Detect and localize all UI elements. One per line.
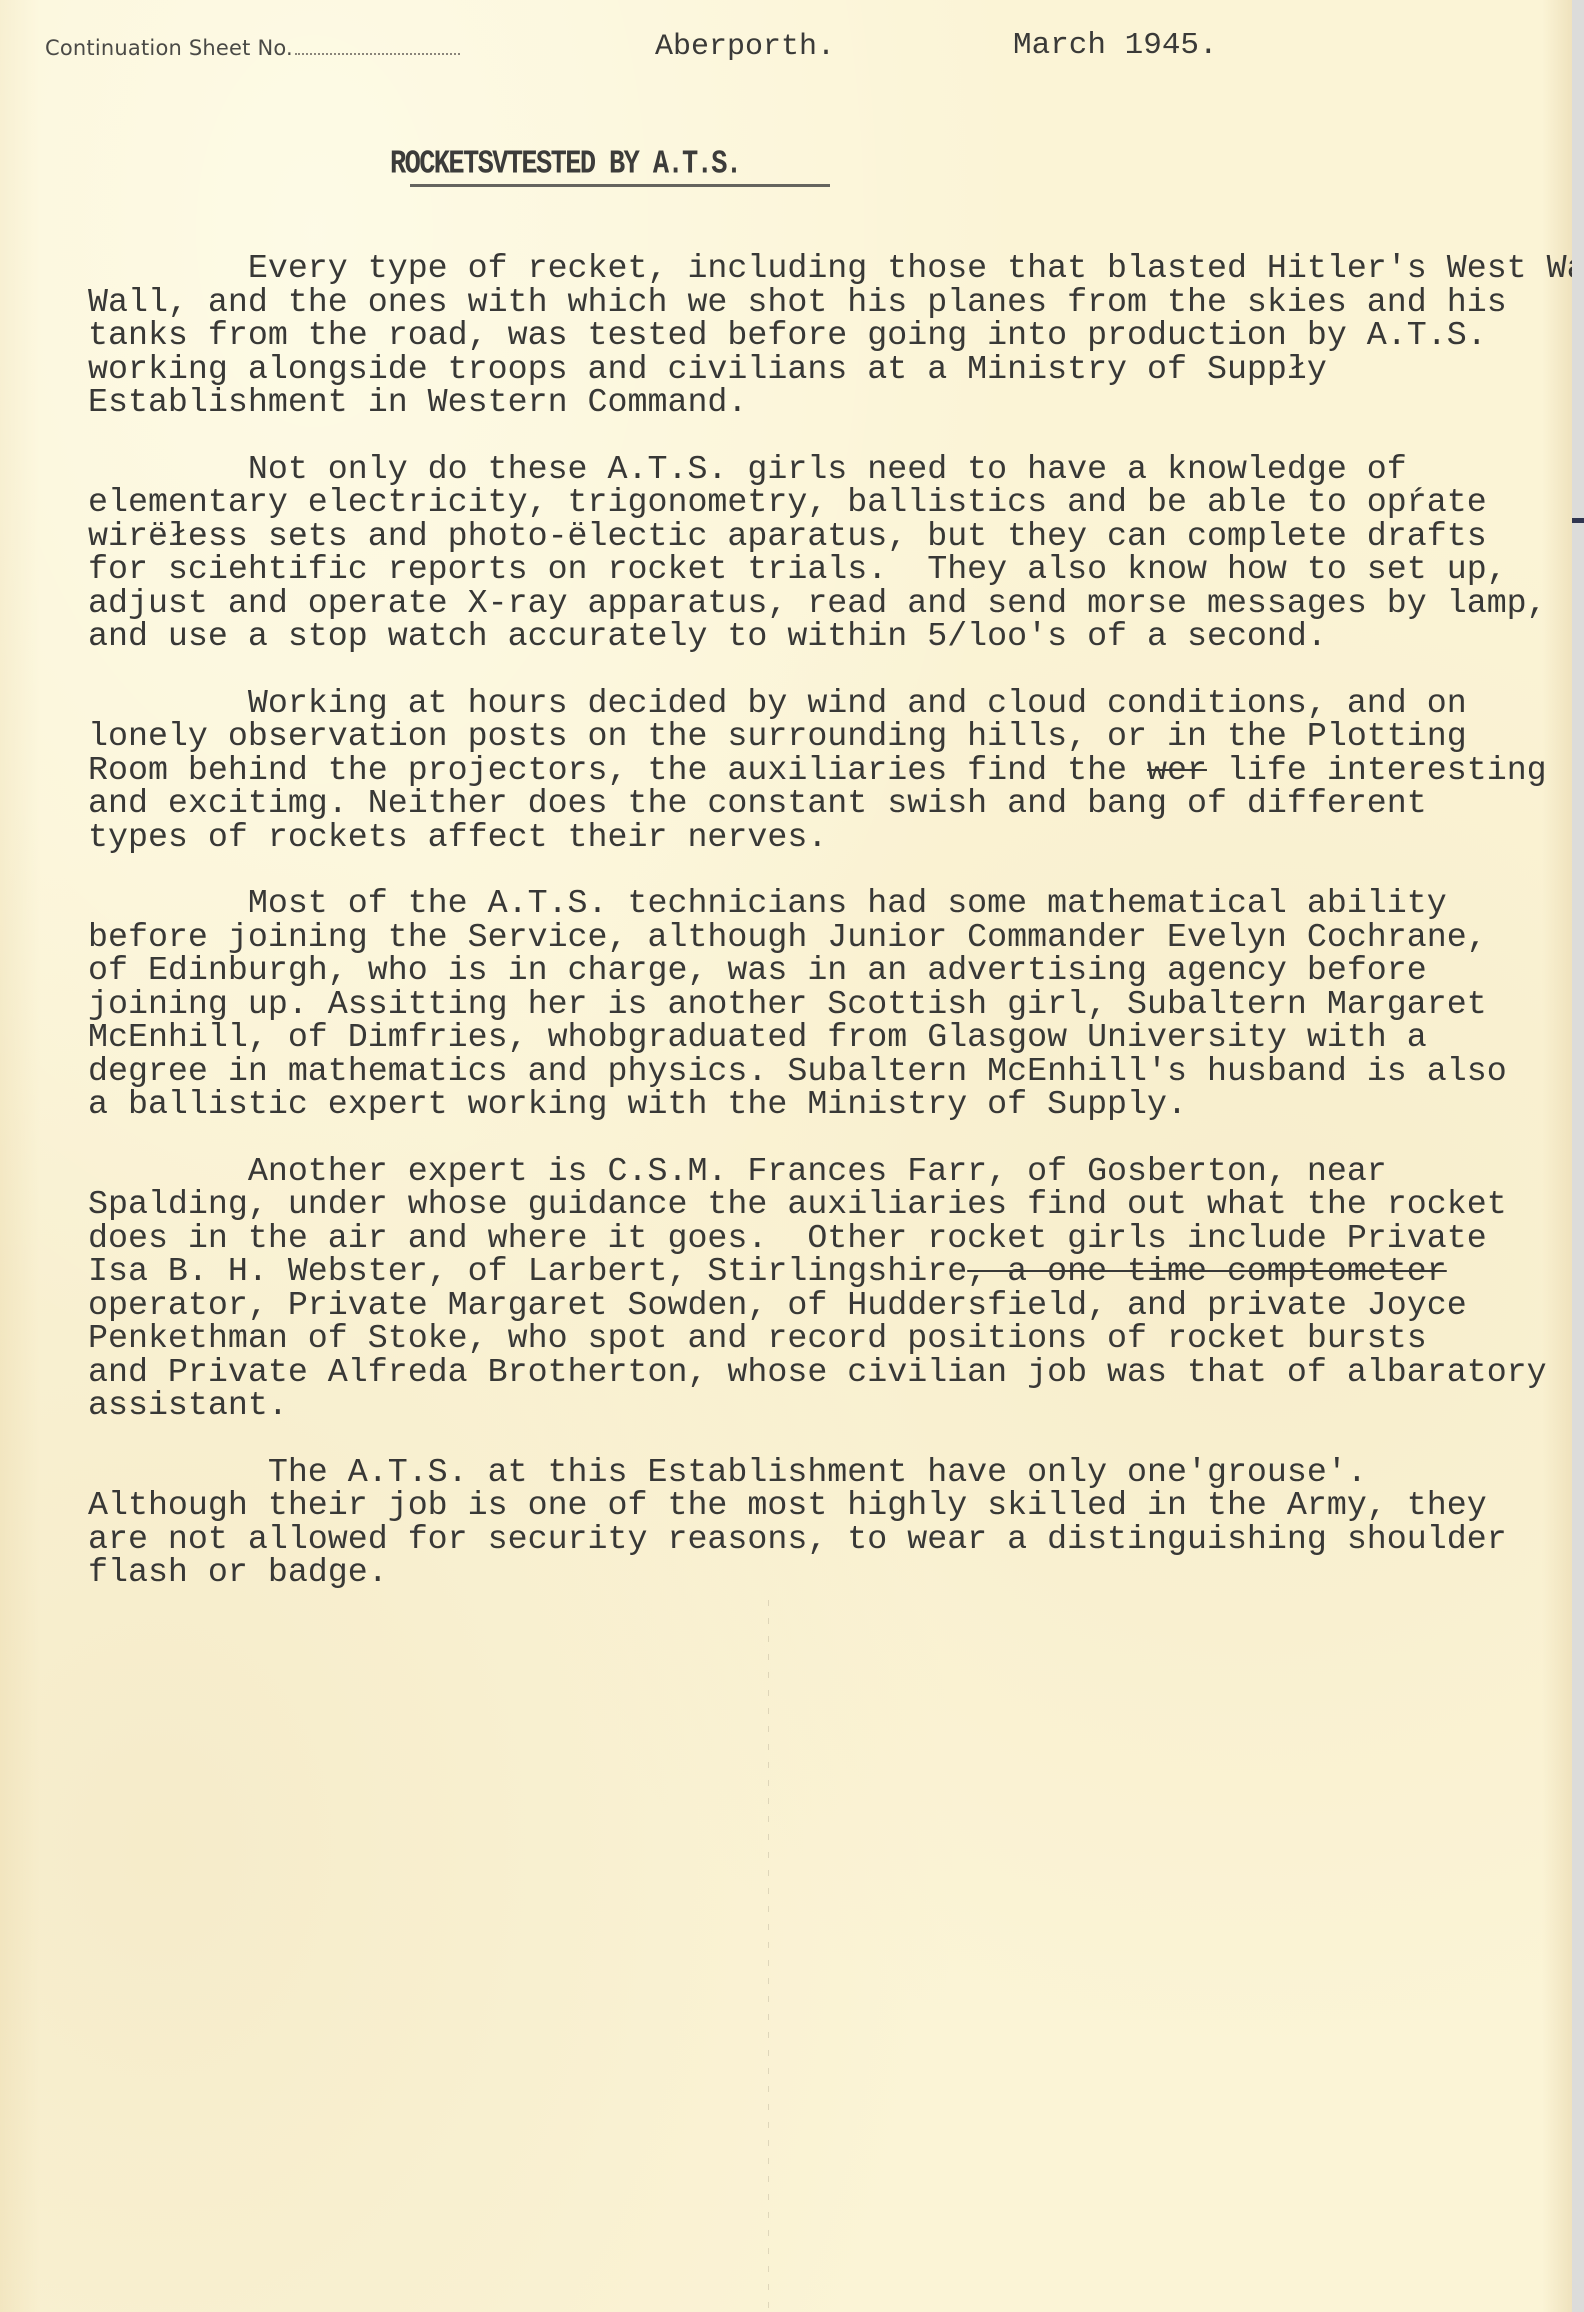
text-line: working alongside troops and civilians a…: [88, 353, 1572, 387]
text-line: lonely observation posts on the surround…: [88, 720, 1572, 754]
text-line: Most of the A.T.S. technicians had some …: [88, 887, 1572, 921]
text-line: operator, Private Margaret Sowden, of Hu…: [88, 1289, 1572, 1323]
document-title: ROCKETSVTESTED BY A.T.S.: [390, 146, 740, 184]
text-line: Working at hours decided by wind and clo…: [88, 687, 1572, 721]
text-line: and use a stop watch accurately to withi…: [88, 620, 1572, 654]
text-line: flash or badge.: [88, 1556, 1572, 1590]
text-line: The A.T.S. at this Establishment have on…: [88, 1456, 1572, 1490]
text-line: Another expert is C.S.M. Frances Farr, o…: [88, 1155, 1572, 1189]
text-line: degree in mathematics and physics. Subal…: [88, 1055, 1572, 1089]
line-text: Room behind the projectors, the auxiliar…: [88, 751, 1147, 789]
document-page: Continuation Sheet No. Aberporth. March …: [0, 0, 1572, 2312]
line-text: Isa B. H. Webster, of Larbert, Stirlings…: [88, 1252, 967, 1290]
text-line: before joining the Service, although Jun…: [88, 921, 1572, 955]
text-line: types of rockets affect their nerves.: [88, 821, 1572, 855]
text-line-with-strike: Isa B. H. Webster, of Larbert, Stirlings…: [88, 1255, 1572, 1289]
date-heading: March 1945.: [1013, 28, 1218, 63]
text-line: joining up. Assitting her is another Sco…: [88, 988, 1572, 1022]
place-heading: Aberporth.: [655, 30, 835, 64]
paragraph-3: Working at hours decided by wind and clo…: [88, 687, 1572, 855]
sheet-number-blank: [295, 51, 460, 55]
continuation-sheet-label: Continuation Sheet No.: [45, 36, 460, 60]
scanner-edge-mark: [1572, 518, 1584, 523]
paper-fold-crease: [768, 1600, 769, 2312]
text-line: a ballistic expert working with the Mini…: [88, 1088, 1572, 1122]
text-line: are not allowed for security reasons, to…: [88, 1523, 1572, 1557]
text-line: adjust and operate X-ray apparatus, read…: [88, 587, 1572, 621]
text-line: tanks from the road, was tested before g…: [88, 319, 1572, 353]
text-line: elementary electricity, trigonometry, ba…: [88, 486, 1572, 520]
line-text-after-strike: life interesting: [1207, 751, 1547, 789]
text-line-with-strike: Room behind the projectors, the auxiliar…: [88, 754, 1572, 788]
text-line: for sciehtific reports on rocket trials.…: [88, 553, 1572, 587]
paragraph-4: Most of the A.T.S. technicians had some …: [88, 887, 1572, 1122]
text-line: and Private Alfreda Brotherton, whose ci…: [88, 1356, 1572, 1390]
struck-text: , a one time comptometer: [967, 1252, 1447, 1290]
text-line: Spalding, under whose guidance the auxil…: [88, 1188, 1572, 1222]
paragraph-5: Another expert is C.S.M. Frances Farr, o…: [88, 1155, 1572, 1423]
document-body: Every type of recket, including those th…: [88, 252, 1572, 1623]
text-line: Penkethman of Stoke, who spot and record…: [88, 1322, 1572, 1356]
text-line: does in the air and where it goes. Other…: [88, 1222, 1572, 1256]
form-label-text: Continuation Sheet No.: [45, 36, 293, 60]
paragraph-2: Not only do these A.T.S. girls need to h…: [88, 453, 1572, 654]
text-line: wirëłess sets and photo-ëlectic aparatus…: [88, 520, 1572, 554]
text-line: Although their job is one of the most hi…: [88, 1489, 1572, 1523]
paragraph-6: The A.T.S. at this Establishment have on…: [88, 1456, 1572, 1590]
text-line: McEnhill, of Dimfries, whobgraduated fro…: [88, 1021, 1572, 1055]
scanner-background: [1572, 0, 1584, 2312]
text-line: Not only do these A.T.S. girls need to h…: [88, 453, 1572, 487]
title-underline: [410, 184, 830, 187]
text-line: Establishment in Western Command.: [88, 386, 1572, 420]
struck-word: wer: [1147, 751, 1207, 789]
text-line: Wall, and the ones with which we shot hi…: [88, 286, 1572, 320]
text-line: Every type of recket, including those th…: [88, 252, 1572, 286]
text-line: assistant.: [88, 1389, 1572, 1423]
text-line: and excitimg. Neither does the constant …: [88, 787, 1572, 821]
paragraph-1: Every type of recket, including those th…: [88, 252, 1572, 420]
text-line: of Edinburgh, who is in charge, was in a…: [88, 954, 1572, 988]
